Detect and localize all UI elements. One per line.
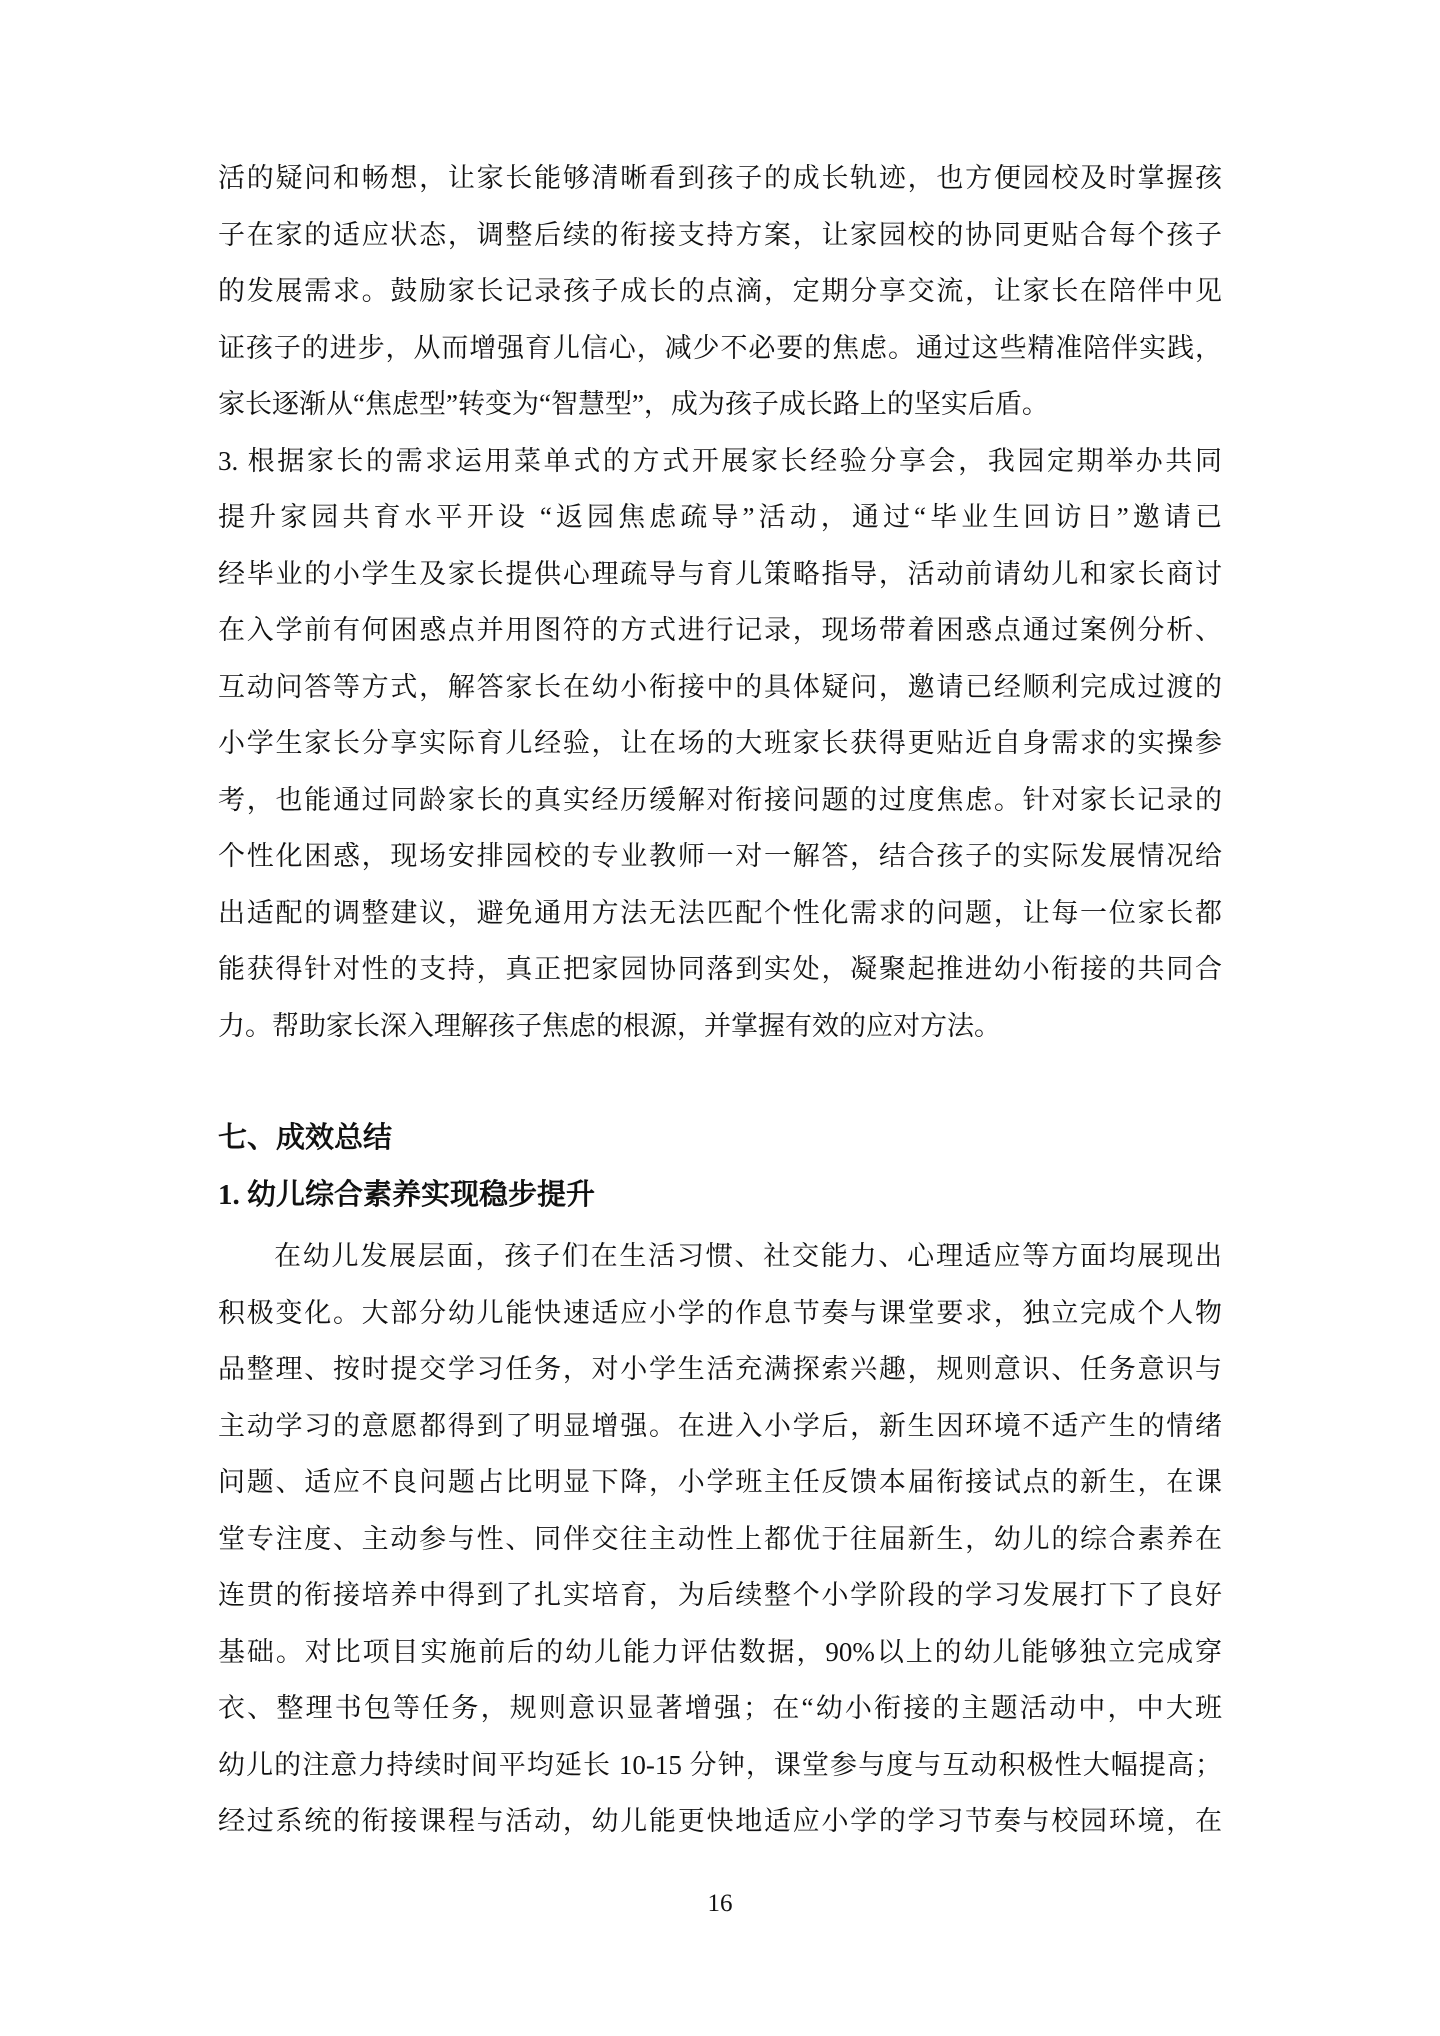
text-line: 活的疑问和畅想，让家长能够清晰看到孩子的成长轨迹，也方便园校及时掌握孩 bbox=[218, 150, 1222, 207]
text-line: 力。帮助家长深入理解孩子焦虑的根源，并掌握有效的应对方法。 bbox=[218, 998, 1222, 1055]
paragraph-continuation: 活的疑问和畅想，让家长能够清晰看到孩子的成长轨迹，也方便园校及时掌握孩 子在家的… bbox=[218, 150, 1222, 1054]
text-line: 基础。对比项目实施前后的幼儿能力评估数据，90%以上的幼儿能够独立完成穿 bbox=[218, 1624, 1222, 1681]
section-heading: 七、成效总结 bbox=[218, 1110, 1222, 1167]
page-number: 16 bbox=[0, 1884, 1440, 1924]
text-line: 问题、适应不良问题占比明显下降，小学班主任反馈本届衔接试点的新生，在课 bbox=[218, 1454, 1222, 1511]
text-line: 主动学习的意愿都得到了明显增强。在进入小学后，新生因环境不适产生的情绪 bbox=[218, 1398, 1222, 1455]
paragraph-results: 在幼儿发展层面，孩子们在生活习惯、社交能力、心理适应等方面均展现出 积极变化。大… bbox=[218, 1228, 1222, 1850]
subsection-heading: 1. 幼儿综合素养实现稳步提升 bbox=[218, 1167, 1222, 1224]
text-line: 证孩子的进步，从而增强育儿信心，减少不必要的焦虑。通过这些精准陪伴实践， bbox=[218, 320, 1222, 377]
document-page: 活的疑问和畅想，让家长能够清晰看到孩子的成长轨迹，也方便园校及时掌握孩 子在家的… bbox=[0, 0, 1440, 2036]
text-line: 经毕业的小学生及家长提供心理疏导与育儿策略指导，活动前请幼儿和家长商讨 bbox=[218, 546, 1222, 603]
text-line: 积极变化。大部分幼儿能快速适应小学的作息节奏与课堂要求，独立完成个人物 bbox=[218, 1285, 1222, 1342]
text-line: 家长逐渐从“焦虑型”转变为“智慧型”，成为孩子成长路上的坚实后盾。 bbox=[218, 376, 1222, 433]
text-line: 品整理、按时提交学习任务，对小学生活充满探索兴趣，规则意识、任务意识与 bbox=[218, 1341, 1222, 1398]
text-line: 子在家的适应状态，调整后续的衔接支持方案，让家园校的协同更贴合每个孩子 bbox=[218, 207, 1222, 264]
text-line: 提升家园共育水平开设 “返园焦虑疏导”活动，通过“毕业生回访日”邀请已 bbox=[218, 489, 1222, 546]
text-line: 衣、整理书包等任务，规则意识显著增强；在“幼小衔接的主题活动中，中大班 bbox=[218, 1680, 1222, 1737]
text-line: 堂专注度、主动参与性、同伴交往主动性上都优于往届新生，幼儿的综合素养在 bbox=[218, 1511, 1222, 1568]
text-line: 连贯的衔接培养中得到了扎实培育，为后续整个小学阶段的学习发展打下了良好 bbox=[218, 1567, 1222, 1624]
text-line: 在幼儿发展层面，孩子们在生活习惯、社交能力、心理适应等方面均展现出 bbox=[218, 1228, 1222, 1285]
text-line: 互动问答等方式，解答家长在幼小衔接中的具体疑问，邀请已经顺利完成过渡的 bbox=[218, 659, 1222, 716]
text-line: 能获得针对性的支持，真正把家园协同落到实处，凝聚起推进幼小衔接的共同合 bbox=[218, 941, 1222, 998]
text-line: 经过系统的衔接课程与活动，幼儿能更快地适应小学的学习节奏与校园环境，在 bbox=[218, 1793, 1222, 1850]
text-line: 3. 根据家长的需求运用菜单式的方式开展家长经验分享会，我园定期举办共同 bbox=[218, 433, 1222, 490]
text-line: 的发展需求。鼓励家长记录孩子成长的点滴，定期分享交流，让家长在陪伴中见 bbox=[218, 263, 1222, 320]
text-line: 出适配的调整建议，避免通用方法无法匹配个性化需求的问题，让每一位家长都 bbox=[218, 885, 1222, 942]
text-line: 在入学前有何困惑点并用图符的方式进行记录，现场带着困惑点通过案例分析、 bbox=[218, 602, 1222, 659]
text-line: 幼儿的注意力持续时间平均延长 10-15 分钟，课堂参与度与互动积极性大幅提高； bbox=[218, 1737, 1222, 1794]
text-line: 考，也能通过同龄家长的真实经历缓解对衔接问题的过度焦虑。针对家长记录的 bbox=[218, 772, 1222, 829]
text-line: 小学生家长分享实际育儿经验，让在场的大班家长获得更贴近自身需求的实操参 bbox=[218, 715, 1222, 772]
text-line: 个性化困惑，现场安排园校的专业教师一对一解答，结合孩子的实际发展情况给 bbox=[218, 828, 1222, 885]
